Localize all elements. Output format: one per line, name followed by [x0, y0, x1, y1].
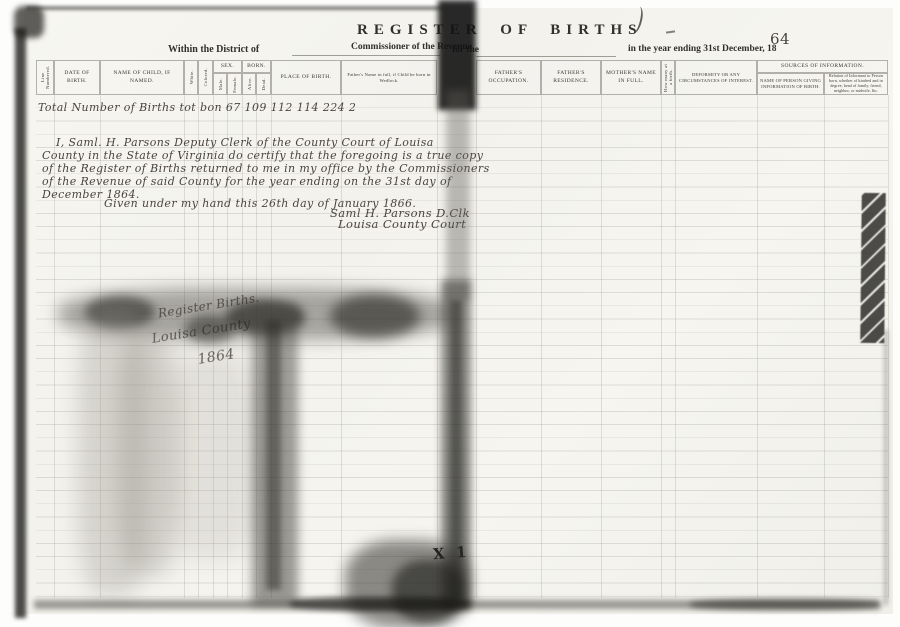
- group-header-born: BORN.: [242, 60, 271, 73]
- certificate-line: County in the State of Virginia do certi…: [42, 149, 483, 162]
- col-header-informant-name: NAME OF PERSON GIVING INFORMATION OF BIR…: [757, 73, 824, 95]
- commissioner-blank-line: [476, 56, 616, 57]
- col-header-deformity: DEFORMITY OR ANY CIRCUMSTANCES OF INTERE…: [675, 60, 757, 95]
- col-header-fathers-residence: FATHER'S RESIDENCE.: [541, 60, 601, 95]
- scanned-register-page: REGISTER OF BIRTHS Within the District o…: [0, 0, 900, 627]
- handwritten-year: 64: [770, 30, 790, 48]
- for-the-label: for the: [452, 45, 479, 55]
- col-header-mothers-name: MOTHER'S NAME IN FULL.: [601, 60, 661, 95]
- col-header-male: Male.: [213, 73, 227, 95]
- certificate-line: of the Register of Births returned to me…: [42, 162, 490, 175]
- column-line: [601, 95, 602, 598]
- group-header-sources: SOURCES OF INFORMATION.: [757, 60, 888, 73]
- column-line: [888, 95, 889, 598]
- col-header-line-numbered: Line Numbered.: [36, 60, 54, 95]
- col-header-fathers-occupation: FATHER'S OCCUPATION.: [476, 60, 541, 95]
- col-header-fathers-name: Father's Name in full, if Child be born …: [341, 60, 437, 95]
- col-header-name-of-child: NAME OF CHILD, IF NAMED.: [100, 60, 184, 95]
- certificate-line: of the Revenue of said County for the ye…: [42, 175, 451, 188]
- col-header-how-many: How many at a birth.: [661, 60, 675, 95]
- col-header-female: Female.: [227, 73, 242, 95]
- group-header-sex: SEX.: [213, 60, 242, 73]
- col-header-dead: Dead.: [256, 73, 271, 95]
- column-line: [757, 95, 758, 598]
- column-line: [541, 95, 542, 598]
- col-header-white: White.: [184, 60, 198, 95]
- total-births-line: Total Number of Births tot bon 67 109 11…: [38, 101, 356, 114]
- district-label: Within the District of: [168, 44, 259, 55]
- fold-ink-mark: X 1: [432, 543, 469, 563]
- column-line: [824, 95, 825, 598]
- col-header-colored: Colored.: [198, 60, 213, 95]
- col-header-date-of-birth: DATE OF BIRTH.: [54, 60, 100, 95]
- col-header-informant-relation: Relation of Informant to Person born, wh…: [824, 73, 888, 95]
- certificate-line: I, Saml. H. Parsons Deputy Clerk of the …: [56, 136, 434, 149]
- signature-title: Louisa County Court: [338, 217, 466, 231]
- col-header-alive: Alive.: [242, 73, 256, 95]
- district-blank-line: [292, 55, 440, 56]
- col-header-place-of-birth: PLACE OF BIRTH.: [271, 60, 341, 95]
- column-line: [661, 95, 662, 598]
- year-ending-label: in the year ending 31st December, 18: [628, 44, 777, 54]
- page-title: REGISTER OF BIRTHS: [357, 22, 642, 39]
- column-line: [675, 95, 676, 598]
